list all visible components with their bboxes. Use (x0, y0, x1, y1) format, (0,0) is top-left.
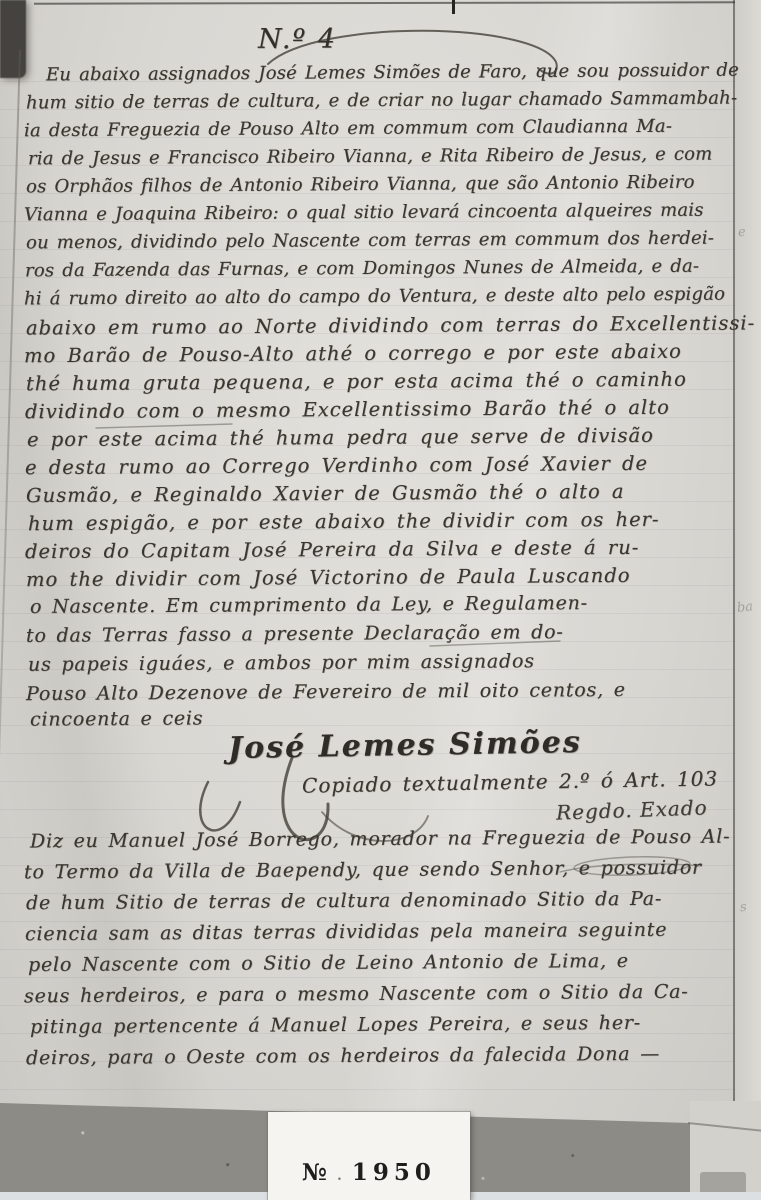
top-edge-tick-mark (452, 0, 455, 14)
manuscript-line: hi á rumo direito ao alto do campo do Ve… (24, 284, 725, 310)
shadow-patch (700, 1172, 746, 1194)
ink-bleed-fragment: e (737, 225, 746, 241)
manuscript-line: ros da Fazenda das Furnas, e com Domingo… (25, 256, 699, 282)
manuscript-line: to Termo da Villa de Baependy, que sendo… (24, 857, 702, 884)
manuscript-line: seus herdeiros, e para o mesmo Nascente … (24, 981, 689, 1008)
manuscript-line: os Orphãos filhos de Antonio Ribeiro Via… (26, 172, 695, 198)
manuscript-line: cincoenta e ceis (30, 707, 203, 730)
right-page-edge-strip (735, 0, 761, 1125)
catalog-number: № . 1950 (302, 1159, 436, 1186)
manuscript-line: Pouso Alto Dezenove de Fevereiro de mil … (26, 679, 626, 705)
separator-dot: . (337, 1168, 342, 1184)
manuscript-line: hum espigão, e por este abaixo the divid… (28, 508, 660, 535)
manuscript-line: e por este acima thé huma pedra que serv… (27, 424, 654, 451)
manuscript-line: Vianna e Joaquina Ribeiro: o qual sitio … (24, 200, 704, 226)
ink-bleed-fragment: s (739, 900, 747, 916)
manuscript-line: pitinga pertencente á Manuel Lopes Perei… (30, 1012, 641, 1038)
manuscript-line: Gusmão, e Reginaldo Xavier de Gusmão thé… (26, 480, 625, 507)
manuscript-line: ciencia sam as ditas terras divididas pe… (25, 919, 667, 945)
signature: José Lemes Simões (228, 725, 582, 766)
left-fold-crease (0, 50, 21, 1110)
manuscript-line: thé huma gruta pequena, e por esta acima… (26, 368, 687, 396)
manuscript-line: mo Barão de Pouso-Alto athé o corrego e … (24, 340, 682, 368)
manuscript-line: ou menos, dividindo pelo Nascente com te… (26, 228, 714, 254)
manuscript-line: deiros do Capitam José Pereira da Silva … (25, 536, 639, 563)
manuscript-line: Eu abaixo assignados José Lemes Simões d… (46, 60, 739, 86)
registry-annotation: Regdo. Exado (556, 795, 708, 824)
catalog-number-card: № . 1950 (268, 1112, 470, 1200)
manuscript-line: de hum Sitio de terras de cultura denomi… (26, 888, 662, 914)
manuscript-line: abaixo em rumo ao Norte dividindo com te… (26, 311, 755, 339)
manuscript-line: dividindo com o mesmo Excellentissimo Ba… (25, 396, 670, 424)
manuscript-line: mo the dividir com José Victorino de Pau… (26, 564, 631, 591)
document-number-heading: N.º 4 (258, 24, 337, 55)
manuscript-line: pelo Nascente com o Sitio de Leino Anton… (28, 950, 629, 976)
ink-bleed-fragment: ba (736, 599, 754, 616)
manuscript-line: o Nascente. Em cumprimento da Ley, e Reg… (30, 592, 588, 618)
manuscript-line: hum sitio de terras de cultura, e de cri… (26, 88, 737, 114)
manuscript-line: Diz eu Manuel José Borrego, morador na F… (30, 826, 730, 853)
numero-sign: № (302, 1159, 327, 1186)
manuscript-line: us papeis iguáes, e ambos por mim assign… (28, 650, 535, 676)
manuscript-line: e desta rumo ao Corrego Verdinho com Jos… (25, 452, 648, 479)
copy-annotation: Copiado textualmente 2.º ó Art. 103 (302, 766, 719, 797)
catalog-number-value: 1950 (352, 1159, 436, 1186)
manuscript-line: deiros, para o Oeste com os herdeiros da… (26, 1043, 660, 1069)
scanned-manuscript-page: e ba s N.º 4 Eu abaixo assignados José L… (0, 0, 761, 1200)
manuscript-line: to das Terras fasso a presente Declaraçã… (26, 621, 564, 647)
dark-corner-patch (0, 0, 26, 78)
manuscript-line: ia desta Freguezia de Pouso Alto em comm… (24, 116, 672, 142)
manuscript-line: ria de Jesus e Francisco Ribeiro Vianna,… (28, 144, 713, 170)
page-top-edge (34, 1, 746, 4)
